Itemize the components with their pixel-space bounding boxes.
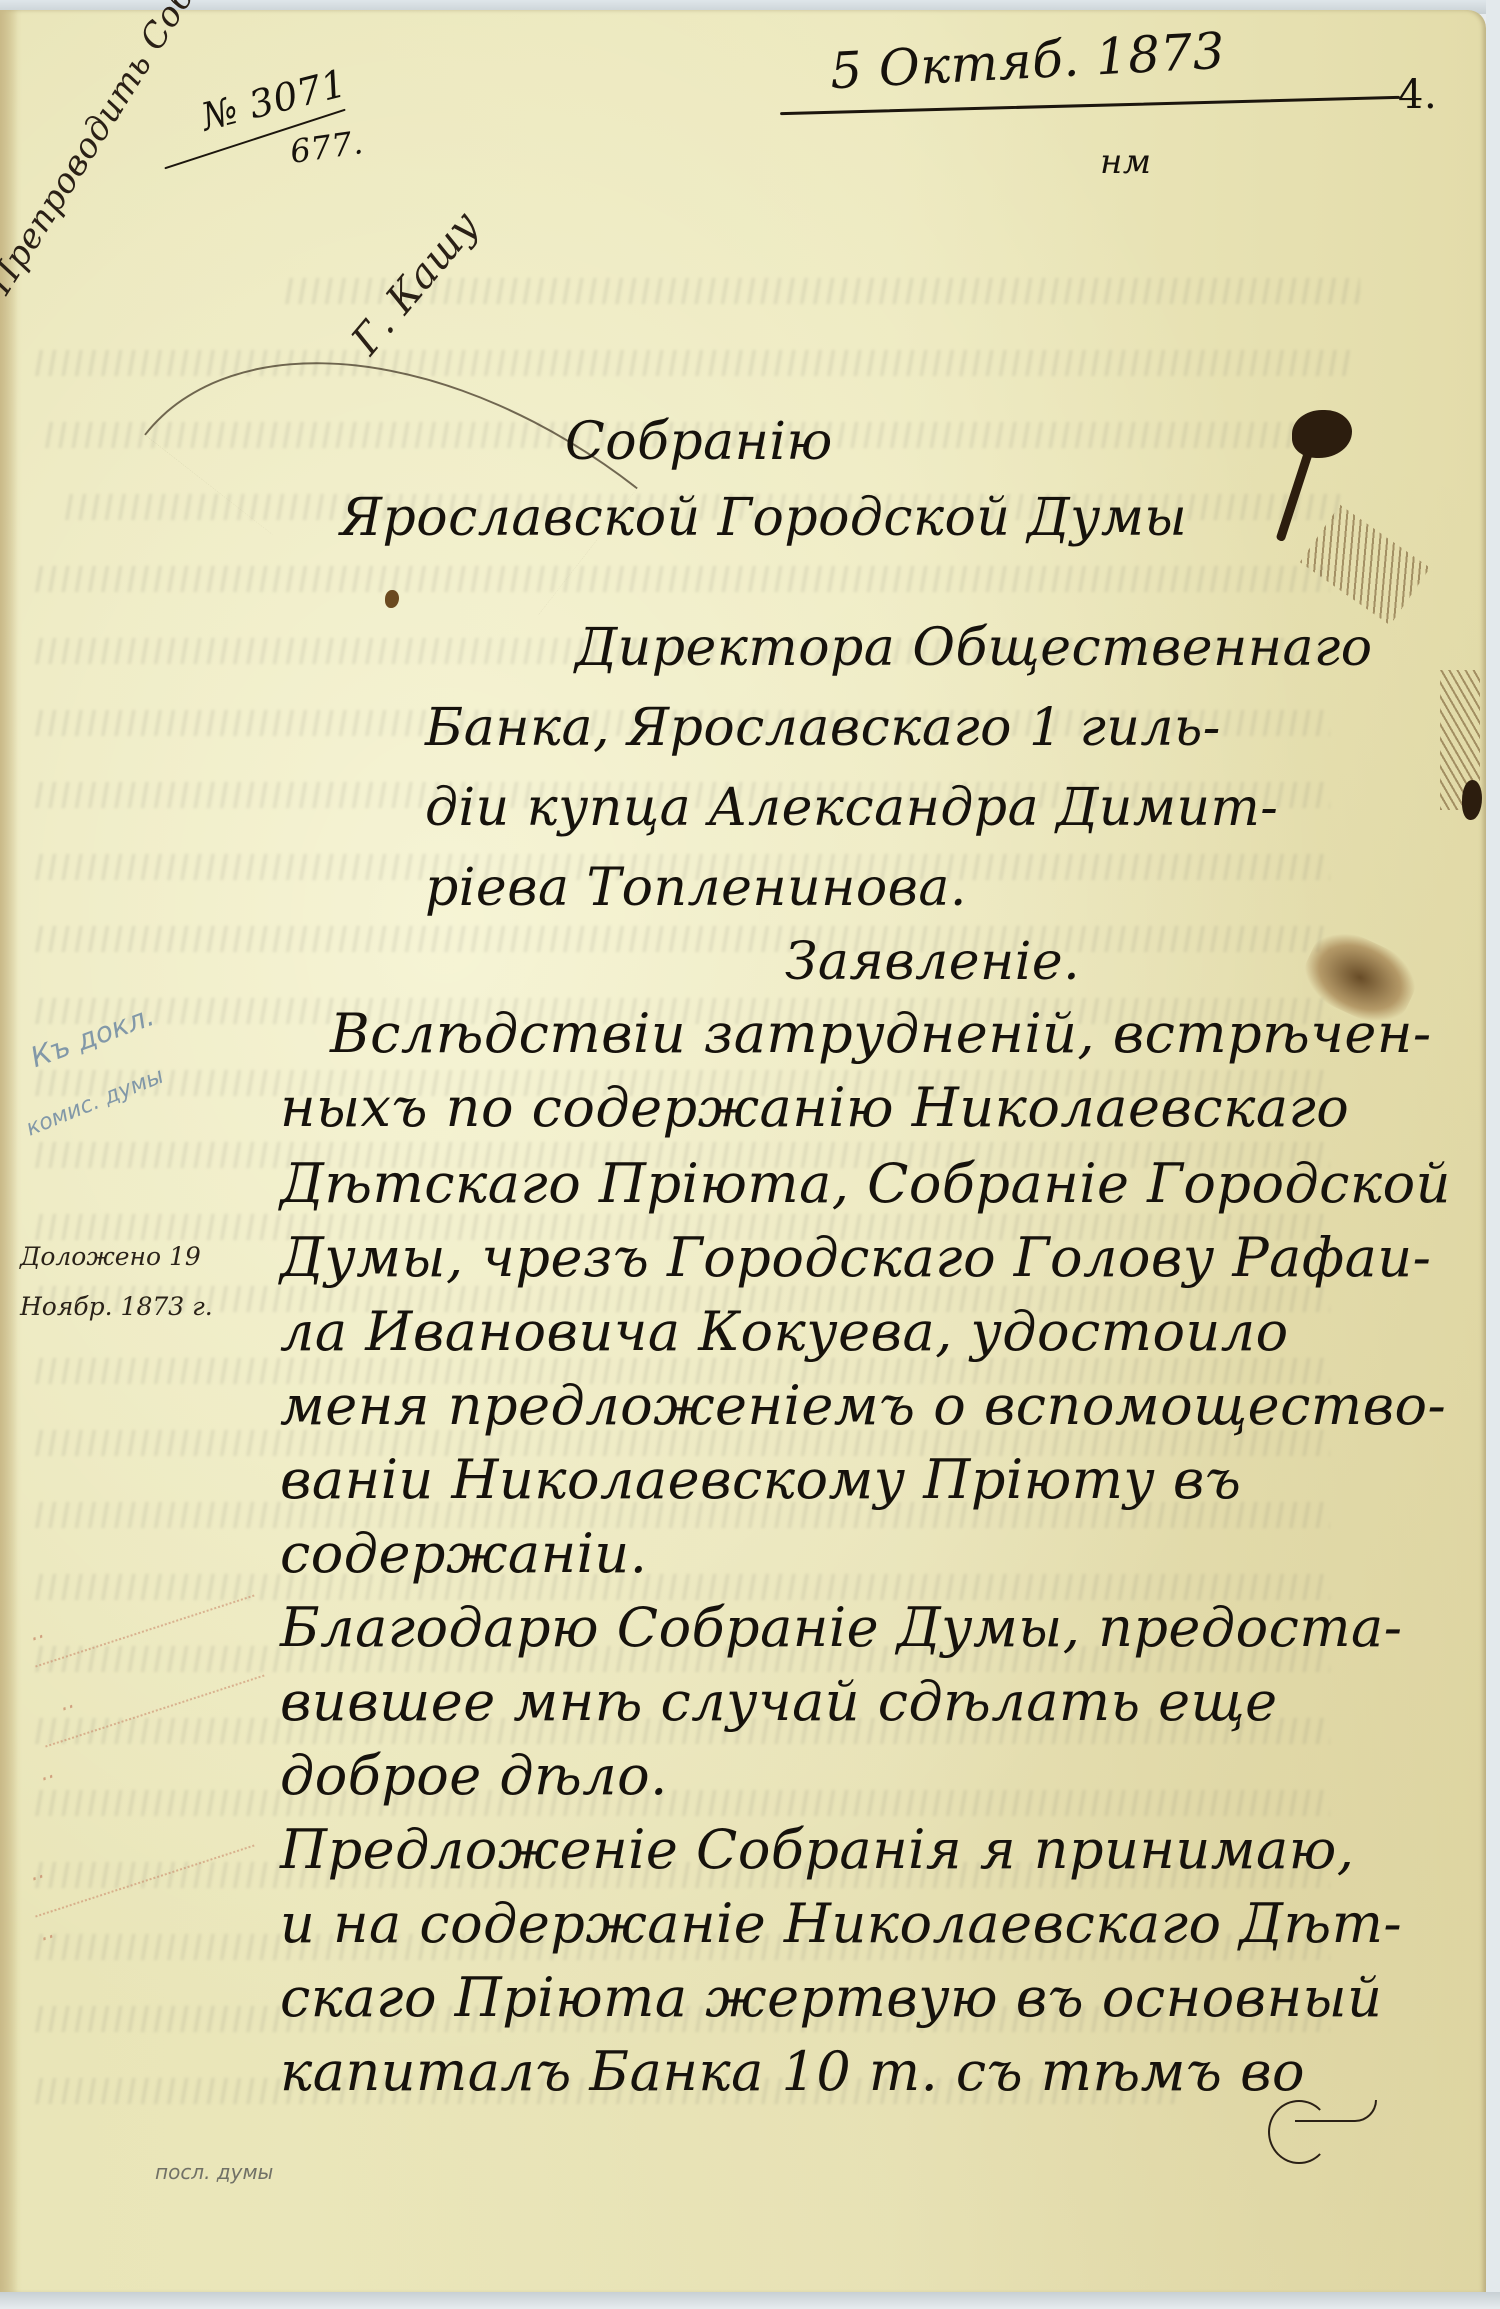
margin-note-reported-2: Ноябр. 1873 г. — [20, 1292, 213, 1321]
addressee-line-2: Ярославской Городской Думы — [340, 488, 1187, 548]
bleed-through-line — [30, 1790, 1330, 1816]
sender-line-1: Директора Общественнаго — [575, 618, 1373, 678]
body-line: Предложеніе Собранія я принимаю, — [280, 1818, 1354, 1881]
document-title: Заявленіе. — [785, 932, 1080, 992]
sender-line-2: Банка, Ярославскаго 1 гиль- — [425, 698, 1221, 758]
margin-note-blue-pencil-2: комис. думы — [23, 1064, 168, 1142]
page-number: 4. — [1398, 72, 1437, 118]
margin-note-red-pencil: .. — [26, 1858, 47, 1886]
clerk-mark: нм — [1100, 142, 1152, 182]
body-line: скаго Пріюта жертвую въ основный — [280, 1966, 1382, 2029]
bleed-through-line — [30, 350, 1350, 376]
ink-blot — [1292, 410, 1352, 458]
red-pencil-stroke — [45, 1675, 265, 1749]
date-underline — [780, 96, 1400, 115]
margin-note-red-pencil: .. — [36, 1758, 57, 1786]
sender-line-3: діи купца Александра Димит- — [425, 778, 1278, 838]
body-line: доброе дѣло. — [280, 1744, 668, 1807]
body-line: ваніи Николаевскому Пріюту въ — [280, 1448, 1241, 1511]
addressee-line-1: Собранію — [565, 412, 833, 472]
sender-line-4: ріева Топленинова. — [425, 858, 967, 918]
body-line: Благодарю Собраніе Думы, предоста- — [280, 1596, 1403, 1659]
body-line: содержаніи. — [280, 1522, 647, 1585]
margin-note-bottom-pencil: посл. думы — [155, 2160, 273, 2184]
margin-note-red-pencil: .. — [36, 1918, 57, 1946]
body-line: капиталъ Банка 10 т. съ тѣмъ во — [280, 2040, 1305, 2103]
red-pencil-stroke — [35, 1845, 255, 1919]
ink-drip — [1276, 449, 1314, 542]
margin-note-red-pencil: .. — [26, 1618, 47, 1646]
body-line: и на содержаніе Николаевскаго Дѣт- — [280, 1892, 1402, 1955]
body-line: Дѣтскаго Пріюта, Собраніе Городской — [280, 1152, 1451, 1215]
bleed-through-line — [30, 926, 1330, 952]
margin-note-reported-1: Доложено 19 — [20, 1242, 201, 1271]
margin-note-blue-pencil-1: Къ докл. — [26, 999, 158, 1074]
ink-smear — [1300, 505, 1430, 625]
scan-background-bottom — [0, 2292, 1500, 2309]
document-date: 5 Октяб. 1873 — [829, 22, 1227, 101]
body-line: ныхъ по содержанію Николаевскаго — [280, 1076, 1349, 1139]
body-line: ла Ивановича Кокуева, удостоило — [280, 1300, 1289, 1363]
body-line: Думы, чрезъ Городскаго Голову Рафаи- — [280, 1226, 1431, 1289]
body-line: Вслѣдствіи затрудненій, встрѣчен- — [330, 1002, 1432, 1065]
body-line: меня предложеніемъ о вспомоществo- — [280, 1374, 1446, 1437]
closing-flourish-tail — [1295, 2100, 1377, 2122]
registry-sub-number: 677. — [288, 123, 366, 171]
document-page: № 3071 677. 5 Октяб. 1873 4. нм Препрово… — [0, 10, 1486, 2294]
resolution-line-2: Г. Кашу — [343, 203, 488, 364]
bleed-through-line — [30, 566, 1330, 592]
red-pencil-stroke — [35, 1595, 255, 1669]
page-edge-shadow — [0, 10, 18, 2294]
body-line: вившее мнѣ случай сдѣлать еще — [280, 1670, 1278, 1733]
scan-background-right — [1486, 0, 1500, 2309]
ink-blot — [1462, 780, 1482, 820]
margin-note-red-pencil: .. — [56, 1688, 77, 1716]
